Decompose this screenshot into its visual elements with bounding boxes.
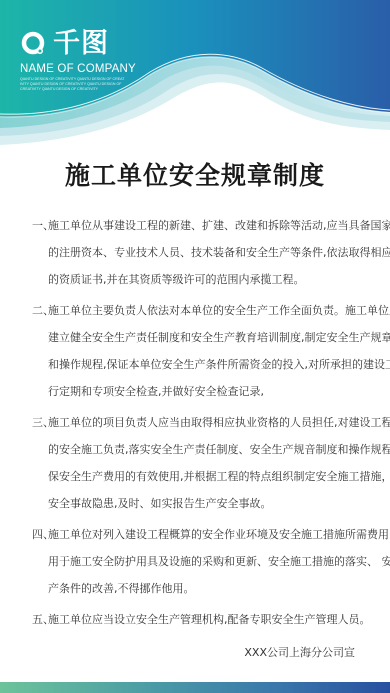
item-line: 的注册资本、专业技术人员、技术装备和安全生产等条件,依法取得相应等级 (0, 239, 390, 266)
item-line: 的资质证书,并在其资质等级许可的范围内承揽工程。 (0, 266, 390, 293)
item-marker: 四、 (32, 521, 54, 548)
item-line: 建立健全安全生产责任制度和安全生产教育培训制度,制定安全生产规章制度 (0, 324, 390, 351)
regulation-item-4: 四、 施工单位对列入建设工程概算的安全作业环境及安全施工措施所需费用,应当 用于… (0, 521, 390, 602)
item-line: 行定期和专项安全检查,并做好安全检查记录, (0, 378, 390, 405)
item-line: 和操作规程,保证本单位安全生产条件所需资金的投入,对所承担的建设工程进 (0, 351, 390, 378)
regulation-item-1: 一、 施工单位从事建设工程的新建、扩建、改建和拆除等活动,应当具备国家规定 的注… (0, 212, 390, 293)
item-line: 施工单位从事建设工程的新建、扩建、改建和拆除等活动,应当具备国家规定 (0, 212, 390, 239)
item-marker: 一、 (32, 212, 54, 239)
logo-text: 千图 (53, 30, 109, 58)
item-line: 施工单位主要负责人依法对本单位的安全生产工作全面负责。施工单位应当 (0, 297, 390, 324)
regulation-item-3: 三、 施工单位的项目负责人应当由取得相应执业资格的人员担任,对建设工程项目 的安… (0, 409, 390, 517)
company-logo: 千图 (20, 30, 109, 58)
item-marker: 二、 (32, 297, 54, 324)
item-line: 产条件的改善,不得挪作他用。 (0, 575, 390, 602)
item-line: 施工单位的项目负责人应当由取得相应执业资格的人员担任,对建设工程项目 (0, 409, 390, 436)
item-line: 用于施工安全防护用具及设施的采购和更新、安全施工措施的落实、 安全生 (0, 548, 390, 575)
regulation-item-5: 五、 施工单位应当设立安全生产管理机构,配备专职安全生产管理人员。 (0, 606, 390, 633)
item-marker: 五、 (32, 606, 54, 633)
wave-background (0, 0, 390, 150)
company-name: NAME OF COMPANY (20, 63, 136, 75)
item-line: 的安全施工负责,落实安全生产责任制度、安全生产规音制度和操作规程，确 (0, 436, 390, 463)
item-line: 安全事故隐患,及时、如实报告生产安全事故。 (0, 490, 390, 517)
header-banner: 千图 NAME OF COMPANY QIANTU DESIGN OF CREA… (0, 0, 390, 150)
regulation-list: 一、 施工单位从事建设工程的新建、扩建、改建和拆除等活动,应当具备国家规定 的注… (0, 212, 390, 633)
document-title: 施工单位安全规章制度 (0, 156, 390, 192)
logo-ring-icon (20, 30, 48, 58)
signature: XXX公司上海分公司宣 (244, 644, 355, 660)
regulation-item-2: 二、 施工单位主要负责人依法对本单位的安全生产工作全面负责。施工单位应当 建立健… (0, 297, 390, 405)
item-line: 保安全生产费用的有效使用,并根据工程的特点组织制定安全施工措施，消除 (0, 463, 390, 490)
item-marker: 三、 (32, 409, 54, 436)
footer-gradient-bar (0, 682, 390, 693)
item-line: 施工单位应当设立安全生产管理机构,配备专职安全生产管理人员。 (0, 606, 390, 633)
company-tagline: QIANTU DESIGN OF CREATIVITY QIANTU DESIG… (20, 77, 125, 92)
item-line: 施工单位对列入建设工程概算的安全作业环境及安全施工措施所需费用,应当 (0, 521, 390, 548)
